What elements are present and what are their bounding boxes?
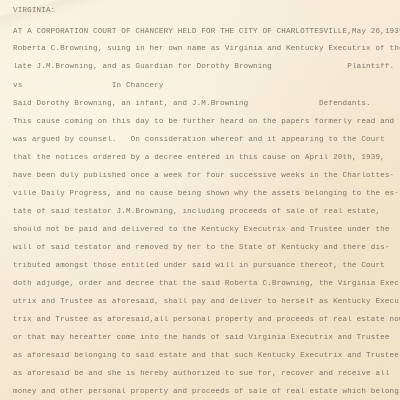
text-line: should not be paid and delivered to the … (13, 227, 390, 235)
text-line: as aforesaid be and she is hereby author… (13, 371, 390, 379)
text-line: Roberta C.Browning, suing in her own nam… (13, 46, 400, 54)
text-line: utrix and Trustee as aforesaid, shall pa… (13, 299, 399, 307)
text-line: have been duly published once a week for… (13, 173, 394, 181)
text-line: as aforesaid belonging to said estate an… (13, 353, 399, 361)
text-line: or that may hereafter come into the hand… (13, 335, 390, 343)
text-line: This cause coming on this day to be furt… (13, 119, 394, 127)
text-line: trix and Trustee as aforesaid,all person… (13, 317, 400, 325)
text-line: tributed amongst those entitled under sa… (13, 263, 385, 271)
text-line: ville Daily Progress, and no cause being… (13, 191, 399, 199)
text-line: tate of said testator J.M.Browning, incl… (13, 209, 380, 217)
text-line: that the notices ordered by a decree ent… (13, 155, 385, 163)
text-line: money and other personal property and pr… (13, 389, 400, 397)
state-heading: VIRGINIA: (13, 8, 55, 16)
text-line: vs In Chancery (13, 83, 164, 91)
text-line: doth adjudge, order and decree that the … (13, 281, 399, 289)
court-heading-line: AT A CORPORATION COURT OF CHANCERY HELD … (13, 29, 400, 37)
text-line: Said Dorothy Browning, an infant, and J.… (13, 101, 371, 109)
text-line: was argued by counsel. On consideration … (13, 137, 385, 145)
text-line: late J.M.Browning, and as Guardian for D… (13, 64, 394, 72)
text-line: will of said testator and removed by her… (13, 245, 390, 253)
